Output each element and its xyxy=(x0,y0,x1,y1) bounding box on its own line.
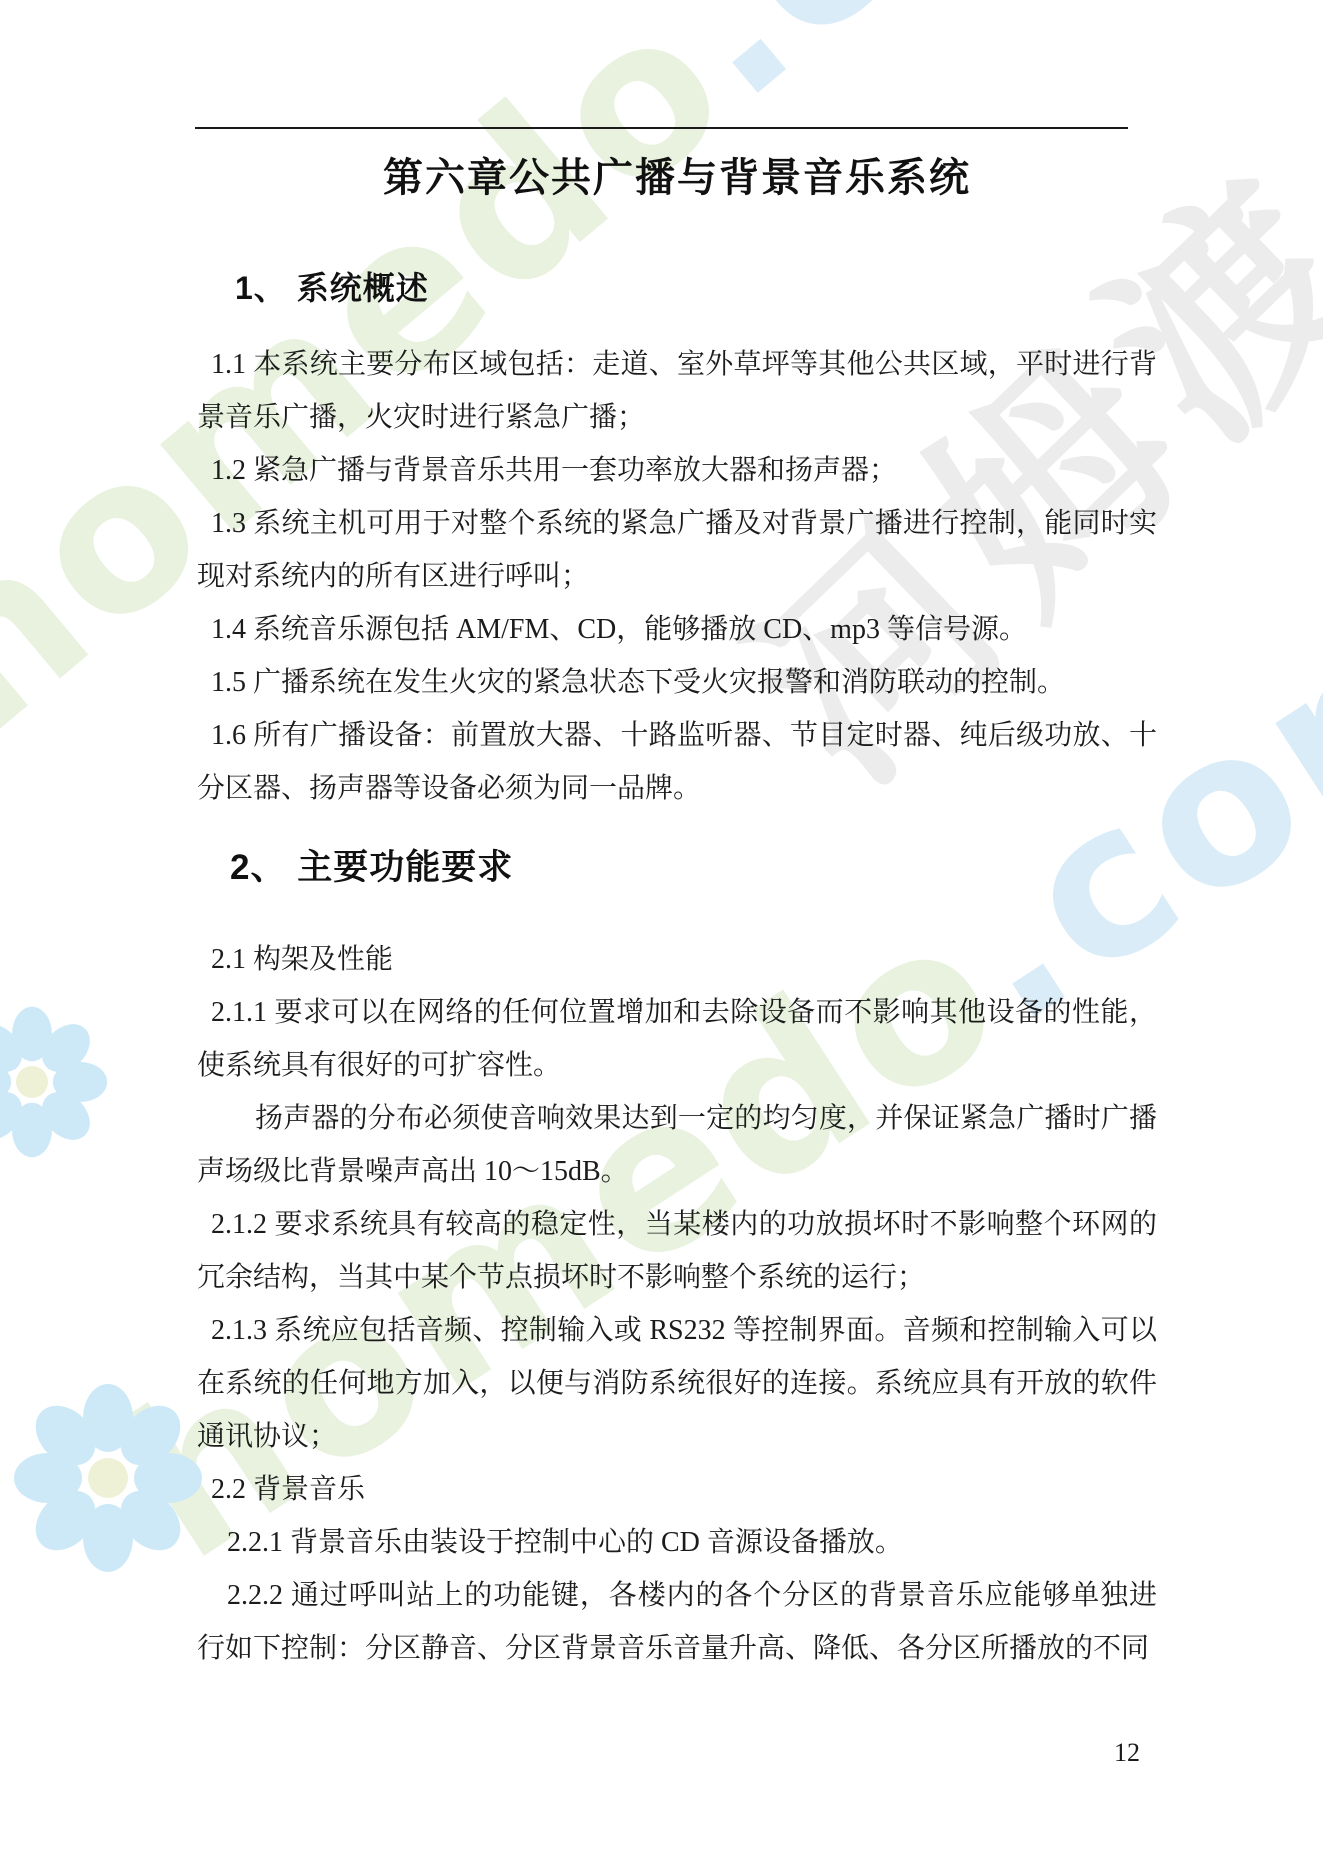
para-2-1-2: 2.1.2 要求系统具有较高的稳定性，当某楼内的功放损坏时不影响整个环网的冗余结… xyxy=(197,1198,1157,1304)
para-2-1: 2.1 构架及性能 xyxy=(197,933,1157,986)
page-number: 12 xyxy=(1114,1738,1140,1768)
para-2-2-1: 2.2.1 背景音乐由装设于控制中心的 CD 音源设备播放。 xyxy=(197,1516,1157,1569)
para-1-5: 1.5 广播系统在发生火灾的紧急状态下受火灾报警和消防联动的控制。 xyxy=(197,656,1157,709)
para-1-4: 1.4 系统音乐源包括 AM/FM、CD，能够播放 CD、mp3 等信号源。 xyxy=(197,603,1157,656)
para-1-3: 1.3 系统主机可用于对整个系统的紧急广播及对背景广播进行控制，能同时实现对系统… xyxy=(197,497,1157,603)
section-2-heading: 2、 主要功能要求 xyxy=(230,845,1157,891)
para-2-1-3: 2.1.3 系统应包括音频、控制输入或 RS232 等控制界面。音频和控制输入可… xyxy=(197,1304,1157,1463)
para-1-6: 1.6 所有广播设备：前置放大器、十路监听器、节目定时器、纯后级功放、十分区器、… xyxy=(197,709,1157,815)
para-2-2-2: 2.2.2 通过呼叫站上的功能键，各楼内的各个分区的背景音乐应能够单独进行如下控… xyxy=(197,1569,1157,1675)
flower-logo-icon xyxy=(0,1002,112,1162)
flower-logo-icon xyxy=(8,1378,208,1578)
header-rule xyxy=(195,127,1128,129)
para-speaker-distribution: 扬声器的分布必须使音响效果达到一定的均匀度，并保证紧急广播时广播声场级比背景噪声… xyxy=(197,1092,1157,1198)
page-title: 第六章公共广播与背景音乐系统 xyxy=(197,150,1157,206)
para-2-1-1: 2.1.1 要求可以在网络的任何位置增加和去除设备而不影响其他设备的性能，使系统… xyxy=(197,986,1157,1092)
para-1-2: 1.2 紧急广播与背景音乐共用一套功率放大器和扬声器； xyxy=(197,444,1157,497)
document-page: homedo.com homedo.com 河姆渡 xyxy=(0,0,1323,1871)
para-2-2: 2.2 背景音乐 xyxy=(197,1463,1157,1516)
section-1-heading: 1、 系统概述 xyxy=(235,268,1157,308)
para-1-1: 1.1 本系统主要分布区域包括：走道、室外草坪等其他公共区域，平时进行背景音乐广… xyxy=(197,338,1157,444)
document-content: 第六章公共广播与背景音乐系统 1、 系统概述 1.1 本系统主要分布区域包括：走… xyxy=(197,150,1157,1675)
